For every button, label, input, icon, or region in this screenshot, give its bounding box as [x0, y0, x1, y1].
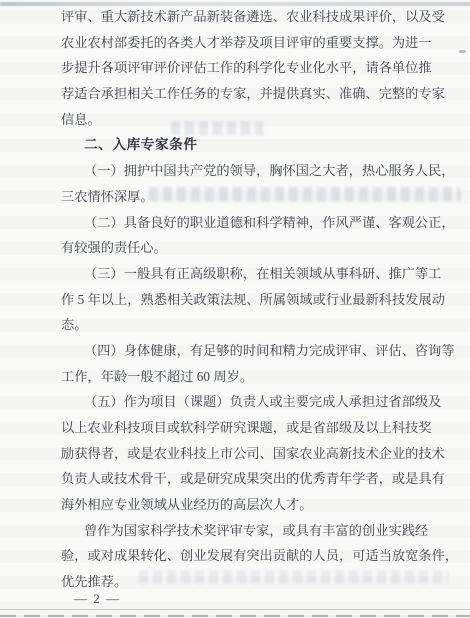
doc-line: 信息。	[61, 107, 453, 133]
scan-speck-artifact	[459, 50, 466, 53]
doc-line-item-3: （三）一般具有正高级职称，在相关领域从事科研、推广等工	[61, 261, 453, 287]
page-number: — 2 —	[74, 591, 121, 607]
doc-line: 有较强的责任心。	[61, 235, 453, 261]
document-body: 评审、重大新技术新产品新装备遴选、农业科技成果评价，以及受 农业农村部委托的各类…	[61, 4, 453, 595]
scanned-page: 评审、重大新技术新产品新装备遴选、农业科技成果评价，以及受 农业农村部委托的各类…	[0, 0, 470, 618]
doc-line: 工作，年龄一般不超过 60 周岁。	[61, 364, 453, 390]
doc-line: 海外相应专业领域从业经历的高层次人才。	[61, 492, 453, 518]
doc-line: 以上农业科技项目或软科学研究课题，或是省部级及以上科技奖	[61, 415, 453, 441]
doc-line: 态。	[61, 312, 453, 338]
doc-line-item-4: （四）身体健康，有足够的时间和精力完成评审、评估、咨询等	[61, 338, 453, 364]
doc-line: 作 5 年以上，熟悉相关政策法规、所属领域或行业最新科技发展动	[61, 287, 453, 313]
section-heading: 二、入库专家条件	[61, 132, 453, 158]
doc-line-item-5: （五）作为项目（课题）负责人或主要完成人承担过省部级及	[61, 389, 453, 415]
doc-line-item-2: （二）具备良好的职业道德和科学精神，作风严谨、客观公正，	[61, 210, 453, 236]
doc-line: 农业农村部委托的各类人才举荐及项目评审的重要支撑。为进一	[61, 30, 453, 56]
doc-line: 验，或对成果转化、创业发展有突出贡献的人员，可适当放宽条件，	[61, 543, 453, 569]
doc-line: 步提升各项评审评价评估工作的科学化专业化水平，请各单位推	[61, 55, 453, 81]
doc-line: 励获得者，或是农业科技上市公司、国家农业高新技术企业的技术	[61, 441, 453, 467]
doc-line: 荐适合承担相关工作任务的专家，并提供真实、准确、完整的专家	[61, 81, 453, 107]
doc-paragraph-start: 曾作为国家科学技术奖评审专家，或具有丰富的创业实践经	[61, 518, 453, 544]
doc-line-item-1: （一）拥护中国共产党的领导，胸怀国之大者，热心服务人民，	[61, 158, 453, 184]
scan-bottom-edge-artifact	[0, 615, 470, 617]
doc-line: 负责人或技术骨干，或是研究成果突出的优秀青年学者，或是具有	[61, 466, 453, 492]
scan-bottom-line-artifact	[0, 609, 470, 610]
doc-line: 三农情怀深厚。	[61, 184, 453, 210]
doc-line: 评审、重大新技术新产品新装备遴选、农业科技成果评价，以及受	[61, 4, 453, 30]
